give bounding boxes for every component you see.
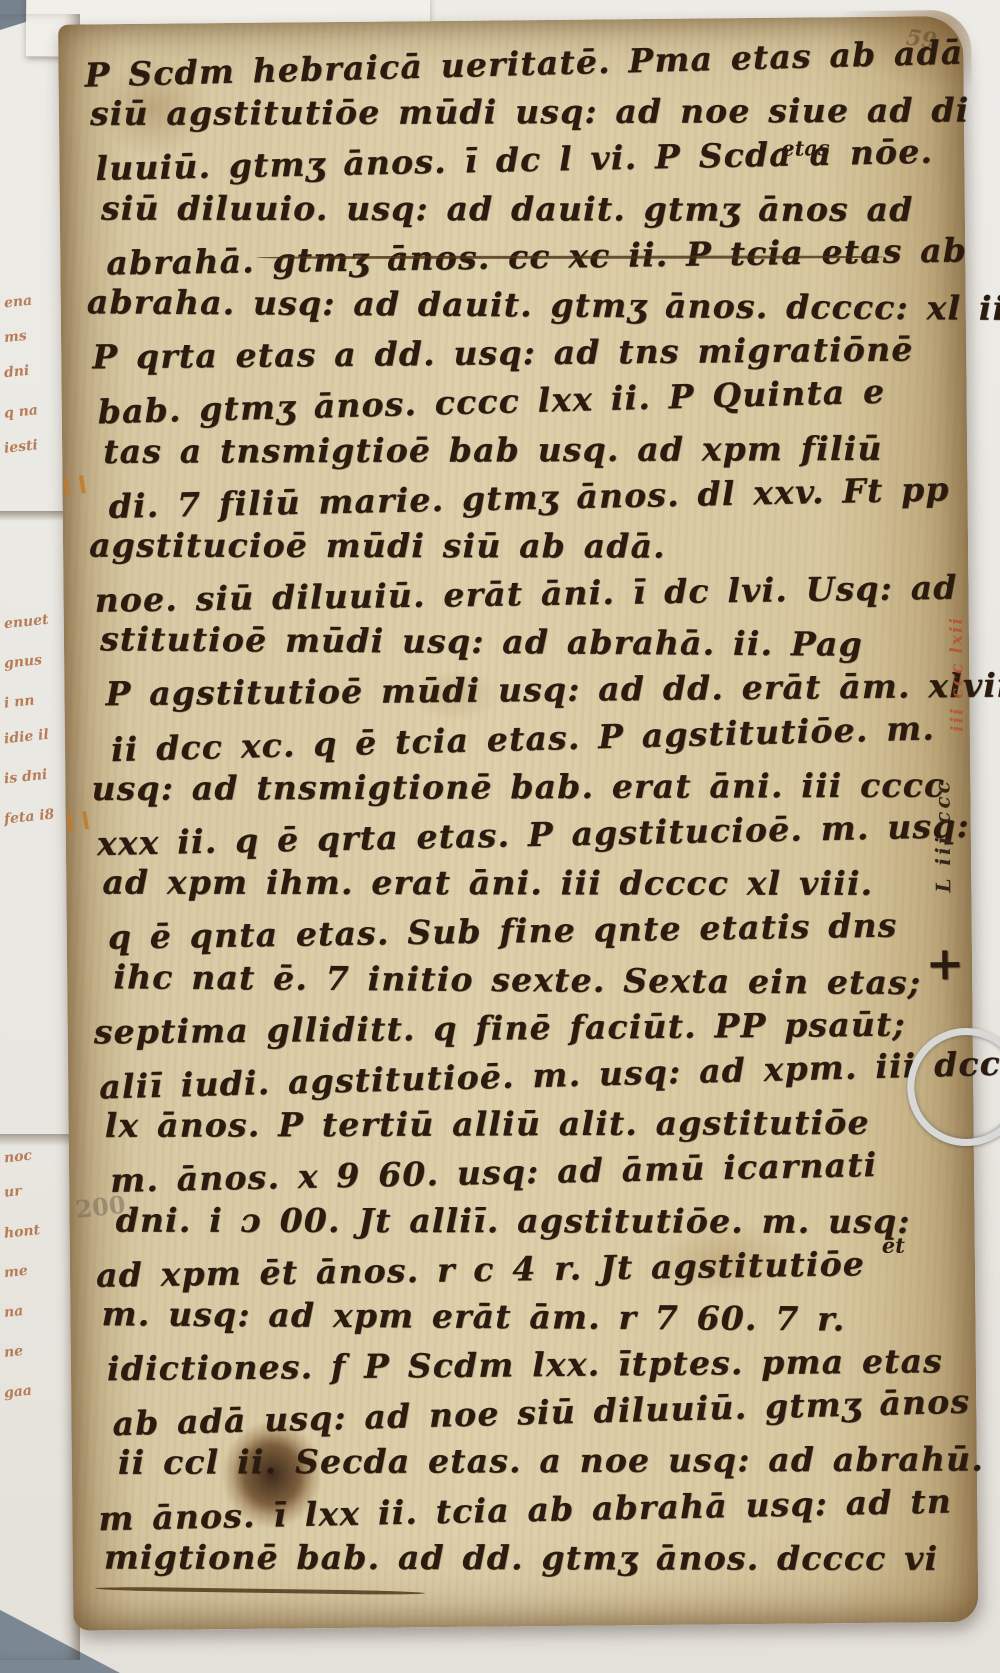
manuscript-line: ihc nat ē. 7 initio sexte. Sexta ein eta… xyxy=(93,957,956,1011)
gutter-fragment: feta i8 xyxy=(3,806,55,827)
gutter-fragment: ur xyxy=(3,1183,22,1201)
gutter-fragment: enuet xyxy=(3,612,49,633)
gutter-fragment: ms xyxy=(3,328,27,346)
margin-mark xyxy=(66,811,88,832)
manuscript-photo: enamsdniq naiestienuetgnusi nnidie ilis … xyxy=(0,0,1000,1673)
superscript-word: etas xyxy=(781,135,830,160)
red-marginal-numeral: iii ccc lxii xyxy=(947,616,968,732)
manuscript-line: migtionē bab. ad dd. gtmʒ ānos. dcccc vi xyxy=(99,1537,962,1587)
gutter-fragment: na xyxy=(3,1303,24,1321)
gutter-fragment: iesti xyxy=(3,437,38,456)
gutter-fragment: dni xyxy=(3,363,30,382)
gutter-fragment: me xyxy=(3,1263,28,1281)
manuscript-line: siū diluuio. usq: ad dauit. gtmʒ ānos ad xyxy=(86,188,949,238)
gutter-fragment: q na xyxy=(3,402,38,421)
parchment-page: 59 P Scdm hebraicā ueritatē. Pma etas ab… xyxy=(58,16,978,1631)
text-block: P Scdm hebraicā ueritatē. Pma etas ab ad… xyxy=(84,40,962,1590)
margin-mark xyxy=(63,475,85,496)
gutter-fragment: ne xyxy=(3,1343,24,1361)
manuscript-line: m. usq: ad xpm erāt ām. r 7 60. 7 r. xyxy=(96,1294,959,1348)
manuscript-line: ad xpm ihm. erat āni. iii dcccc xl viii. xyxy=(92,863,955,913)
gutter-fragment: noc xyxy=(3,1148,33,1167)
manuscript-line: stitutioē mūdi usq: ad abrahā. ii. Pag xyxy=(90,619,953,673)
gutter-fragment: idie il xyxy=(3,727,49,748)
manuscript-line: dni. i ɔ 00. Jt alliī. agstitutiōe. m. u… xyxy=(96,1200,959,1250)
gutter-fragment: gaa xyxy=(3,1383,32,1402)
gutter-fragment: i nn xyxy=(3,692,35,711)
marginal-cross: + xyxy=(925,936,964,990)
manuscript-line: abraha. usq: ad dauit. gtmʒ ānos. dcccc:… xyxy=(87,282,950,336)
gutter-fragment: is dni xyxy=(3,767,48,787)
superscript-word: et xyxy=(882,1233,905,1258)
gutter-fragment: hont xyxy=(3,1222,41,1242)
gutter-fragment: gnus xyxy=(3,652,42,672)
manuscript-line: agstitucioē mūdi siū ab adā. xyxy=(89,525,952,575)
gray-marginal-number: 200 xyxy=(74,1190,127,1225)
gutter-fragment: ena xyxy=(3,293,33,312)
dark-marginal-numeral: L iii ccc xyxy=(930,778,955,893)
